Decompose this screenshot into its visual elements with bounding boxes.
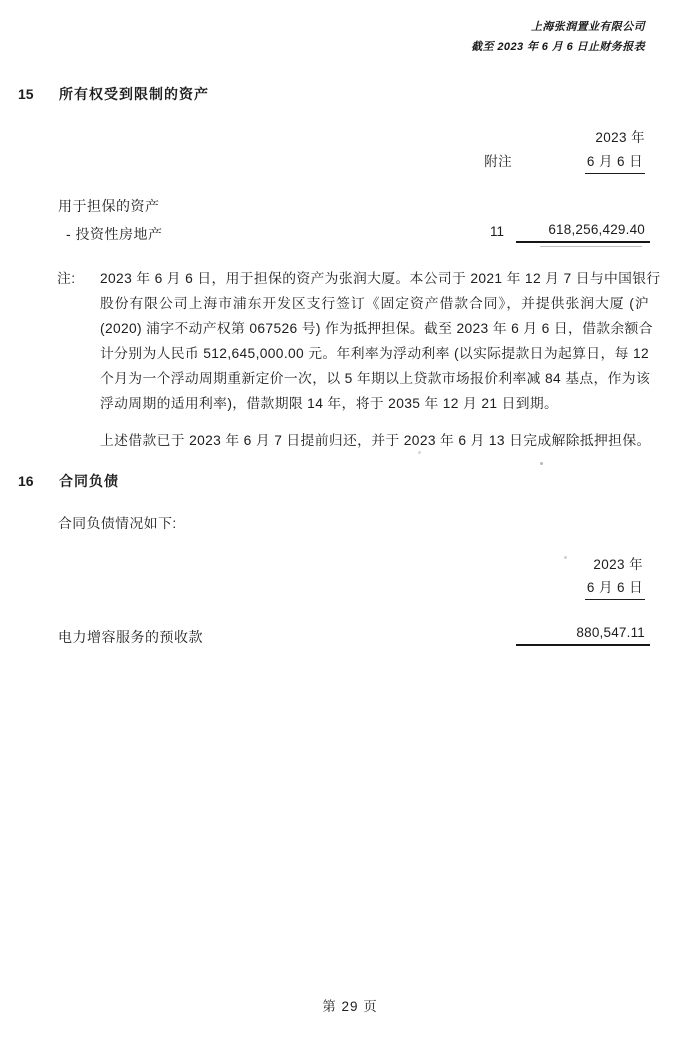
section-15-number: 15 (18, 86, 59, 102)
section-15-title: 所有权受到限制的资产 (59, 86, 209, 102)
s15-row-label: - 投资性房地产 (66, 224, 163, 244)
s15-date-column-header: 6 月 6 日 (585, 150, 645, 174)
section-16-title: 合同负债 (59, 473, 119, 489)
s15-row-note-ref: 11 (484, 224, 510, 239)
s15-note-column-header: 附注 (480, 150, 512, 170)
note-line: 股份有限公司上海市浦东开发区支行签订《固定资产借款合同》，并提供张润大厦 (沪 (100, 291, 649, 316)
document-page: 上海张润置业有限公司 截至 2023 年 6 月 6 日止财务报表 15所有权受… (0, 0, 700, 1045)
note-label: 注: (57, 266, 100, 416)
note-line: 浮动周期的适用利率)，借款期限 14 年，将于 2035 年 12 月 21 日… (100, 391, 649, 416)
note-line: 2023 年 6 月 6 日，用于担保的资产为张润大厦。本公司于 2021 年 … (100, 266, 649, 291)
section-16-number: 16 (18, 473, 59, 489)
company-name: 上海张润置业有限公司 (471, 17, 645, 37)
note-text: 2023 年 6 月 6 日，用于担保的资产为张润大厦。本公司于 2021 年 … (100, 266, 649, 416)
report-period: 截至 2023 年 6 月 6 日止财务报表 (471, 37, 645, 57)
section-16-heading: 16合同负债 (18, 471, 119, 491)
s15-followup-paragraph: 上述借款已于 2023 年 6 月 7 日提前归还，并于 2023 年 6 月 … (100, 429, 649, 449)
s16-date-column-header: 6 月 6 日 (585, 576, 645, 600)
s16-intro: 合同负债情况如下: (58, 512, 177, 532)
scan-speck (540, 462, 543, 465)
s16-row-amount: 880,547.11 (516, 625, 650, 646)
document-header: 上海张润置业有限公司 截至 2023 年 6 月 6 日止财务报表 (471, 17, 645, 57)
s16-row-label: 电力增容服务的预收款 (58, 627, 203, 647)
note-line: 个月为一个浮动周期重新定价一次，以 5 年期以上贷款市场报价利率减 84 基点，… (100, 366, 649, 391)
s15-row-amount: 618,256,429.40 (516, 222, 650, 243)
note-line: (2020) 浦字不动产权第 067526 号) 作为抵押担保。截至 2023 … (100, 316, 649, 341)
s16-date-underlined: 6 月 6 日 (585, 576, 645, 600)
s15-group-label: 用于担保的资产 (58, 196, 160, 216)
note-line: 计分别为人民币 512,645,000.00 元。年利率为浮动利率 (以实际提款… (100, 341, 649, 366)
s16-year-label: 2023 年 (593, 553, 643, 573)
s15-note-paragraph: 注: 2023 年 6 月 6 日，用于担保的资产为张润大厦。本公司于 2021… (57, 266, 649, 416)
s15-year-label: 2023 年 (595, 126, 645, 146)
section-15-heading: 15所有权受到限制的资产 (18, 84, 209, 104)
page-number: 第 29 页 (0, 995, 700, 1015)
s15-date-underlined: 6 月 6 日 (585, 150, 645, 174)
scan-speck (418, 451, 421, 454)
scan-speck (564, 556, 567, 559)
